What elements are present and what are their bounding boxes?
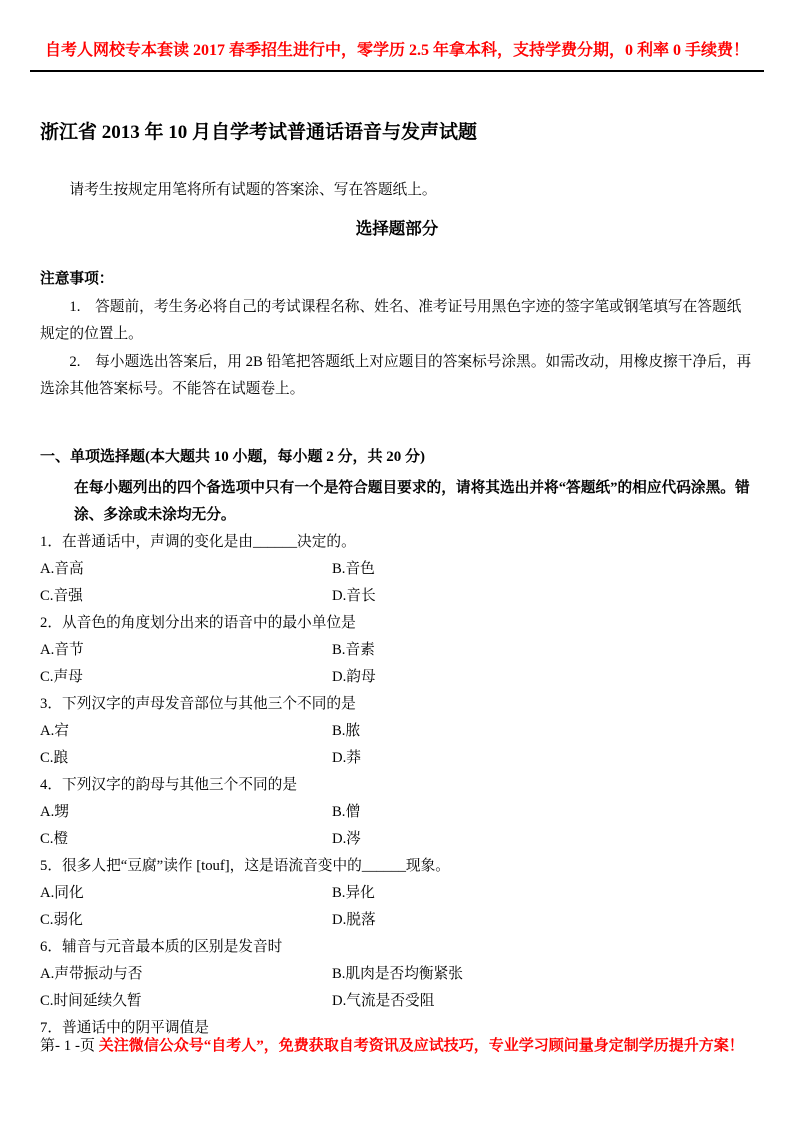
- exam-body: 浙江省 2013 年 10 月自学考试普通话语音与发声试题 请考生按规定用笔将所…: [40, 118, 754, 1042]
- option: B.僧: [332, 799, 754, 826]
- promo-banner: 自考人网校专本套读 2017 春季招生进行中，零学历 2.5 年拿本科，支持学费…: [30, 36, 764, 72]
- question-text: 5．很多人把“豆腐”读作 [touf]，这是语流音变中的______现象。: [40, 853, 754, 880]
- option: C.时间延续久暂: [40, 988, 332, 1015]
- footer-promo: 关注微信公众号“自考人”，免费获取自考资讯及应试技巧，专业学习顾问量身定制学历提…: [99, 1038, 744, 1054]
- option: D.涔: [332, 826, 754, 853]
- note-item-1: 1. 答题前，考生务必将自己的考试课程名称、姓名、准考证号用黑色字迹的签字笔或钢…: [40, 294, 754, 347]
- option-grid: A.音高B.音色C.音强D.音长: [40, 556, 754, 610]
- option: C.弱化: [40, 907, 332, 934]
- option: B.音色: [332, 556, 754, 583]
- option: A.音节: [40, 637, 332, 664]
- option-grid: A.同化B.异化C.弱化D.脱落: [40, 880, 754, 934]
- option: D.气流是否受阻: [332, 988, 754, 1015]
- option: A.音高: [40, 556, 332, 583]
- note-item-2: 2. 每小题选出答案后，用 2B 铅笔把答题纸上对应题目的答案标号涂黑。如需改动…: [40, 349, 754, 402]
- question-text: 1．在普通话中，声调的变化是由______决定的。: [40, 529, 754, 556]
- option: D.莽: [332, 745, 754, 772]
- option: B.异化: [332, 880, 754, 907]
- page-title: 浙江省 2013 年 10 月自学考试普通话语音与发声试题: [40, 118, 754, 148]
- question-text: 4．下列汉字的韵母与其他三个不同的是: [40, 772, 754, 799]
- question: 4．下列汉字的韵母与其他三个不同的是A.甥B.僧C.橙D.涔: [40, 772, 754, 853]
- option: B.脓: [332, 718, 754, 745]
- intro-text: 请考生按规定用笔将所有试题的答案涂、写在答题纸上。: [40, 178, 754, 202]
- option: D.音长: [332, 583, 754, 610]
- option: D.韵母: [332, 664, 754, 691]
- question: 1．在普通话中，声调的变化是由______决定的。A.音高B.音色C.音强D.音…: [40, 529, 754, 610]
- page-number: 第- 1 -页: [40, 1038, 95, 1054]
- part-one-instruction: 在每小题列出的四个备选项中只有一个是符合题目要求的，请将其选出并将“答题纸”的相…: [74, 475, 754, 529]
- option: C.音强: [40, 583, 332, 610]
- question: 6．辅音与元音最本质的区别是发音时A.声带振动与否B.肌肉是否均衡紧张C.时间延…: [40, 934, 754, 1015]
- option: C.踉: [40, 745, 332, 772]
- option: C.橙: [40, 826, 332, 853]
- option-grid: A.宕B.脓C.踉D.莽: [40, 718, 754, 772]
- option: D.脱落: [332, 907, 754, 934]
- option: B.音素: [332, 637, 754, 664]
- option: B.肌肉是否均衡紧张: [332, 961, 754, 988]
- option-grid: A.音节B.音素C.声母D.韵母: [40, 637, 754, 691]
- option-grid: A.声带振动与否B.肌肉是否均衡紧张C.时间延续久暂D.气流是否受阻: [40, 961, 754, 1015]
- page-footer: 第- 1 -页 关注微信公众号“自考人”，免费获取自考资讯及应试技巧，专业学习顾…: [40, 1032, 754, 1061]
- option: A.同化: [40, 880, 332, 907]
- question-list: 1．在普通话中，声调的变化是由______决定的。A.音高B.音色C.音强D.音…: [40, 529, 754, 1042]
- section-heading: 选择题部分: [40, 216, 754, 242]
- question-text: 6．辅音与元音最本质的区别是发音时: [40, 934, 754, 961]
- part-one-heading: 一、单项选择题(本大题共 10 小题，每小题 2 分，共 20 分): [40, 444, 754, 471]
- option: A.宕: [40, 718, 332, 745]
- option: A.声带振动与否: [40, 961, 332, 988]
- question: 5．很多人把“豆腐”读作 [touf]，这是语流音变中的______现象。A.同…: [40, 853, 754, 934]
- question: 2．从音色的角度划分出来的语音中的最小单位是A.音节B.音素C.声母D.韵母: [40, 610, 754, 691]
- notes-label: 注意事项：: [40, 266, 754, 292]
- question-text: 2．从音色的角度划分出来的语音中的最小单位是: [40, 610, 754, 637]
- option: C.声母: [40, 664, 332, 691]
- question: 3．下列汉字的声母发音部位与其他三个不同的是A.宕B.脓C.踉D.莽: [40, 691, 754, 772]
- option-grid: A.甥B.僧C.橙D.涔: [40, 799, 754, 853]
- option: A.甥: [40, 799, 332, 826]
- question-text: 3．下列汉字的声母发音部位与其他三个不同的是: [40, 691, 754, 718]
